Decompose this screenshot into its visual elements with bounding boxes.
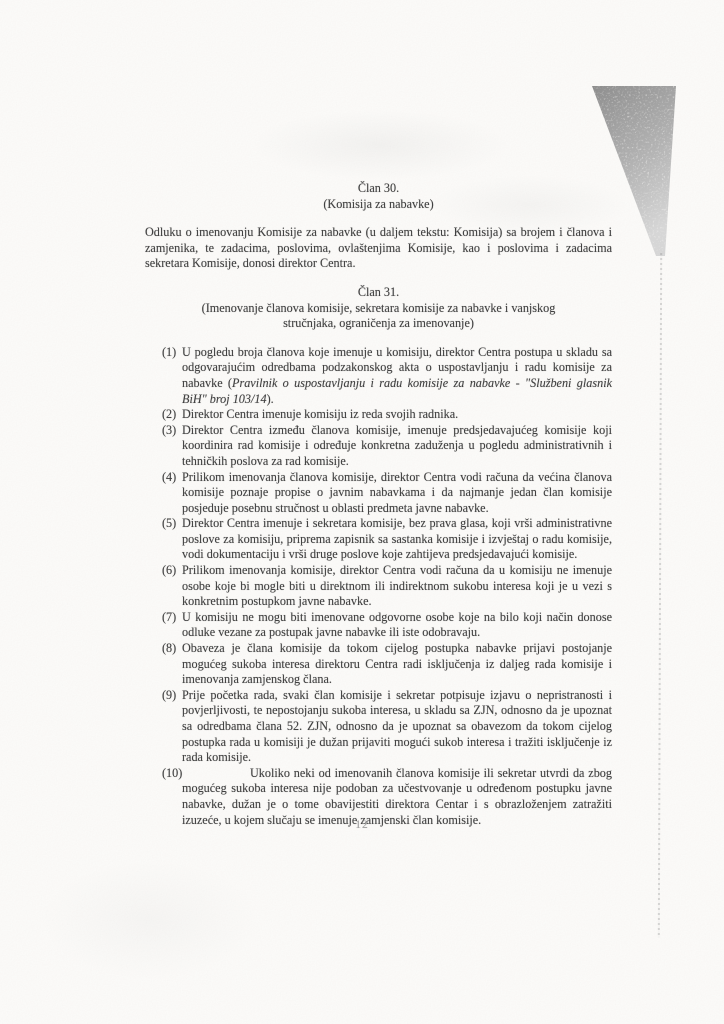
list-item: (5)Direktor Centra imenuje i sekretara k…	[165, 516, 612, 563]
item-marker: (8)	[162, 641, 176, 657]
item-text: U komisiju ne mogu biti imenovane odgovo…	[182, 610, 612, 640]
list-item: (4)Prilikom imenovanja članova komisije,…	[165, 470, 612, 517]
item-marker: (7)	[162, 610, 176, 626]
article-30-paragraph: Odluku o imenovanju Komisije za nabavke …	[145, 225, 612, 272]
item-marker: (1)	[162, 345, 176, 361]
list-item: (8)Obaveza je člana komisije da tokom ci…	[165, 641, 612, 688]
item-marker: (10)	[162, 766, 182, 782]
article-31-subtitle: (Imenovanje članova komisije, sekretara …	[145, 301, 612, 332]
item-text: Prije početka rada, svaki član komisije …	[182, 688, 612, 764]
document-page: Član 30. (Komisija za nabavke) Odluku o …	[145, 181, 612, 828]
scan-fold-line	[658, 253, 662, 938]
article-30-title: Član 30.	[145, 181, 612, 197]
list-item: (7)U komisiju ne mogu biti imenovane odg…	[165, 610, 612, 641]
item-marker: (9)	[162, 688, 176, 704]
item-text: Prilikom imenovanja komisije, direktor C…	[182, 563, 612, 608]
list-item: (6)Prilikom imenovanja komisije, direkto…	[165, 563, 612, 610]
article-31-title: Član 31.	[145, 285, 612, 301]
scan-smudge	[40, 860, 260, 980]
item-text: Prilikom imenovanja članova komisije, di…	[182, 470, 612, 515]
item-text: Direktor Centra imenuje i sekretara komi…	[182, 516, 612, 561]
item-text: Direktor Centra imenuje komisiju iz reda…	[182, 407, 458, 421]
item-marker: (6)	[162, 563, 176, 579]
item-text: Ukoliko neki od imenovanih članova komis…	[182, 766, 612, 827]
scan-smudge	[250, 110, 510, 180]
list-item: (2)Direktor Centra imenuje komisiju iz r…	[165, 407, 612, 423]
list-item: (9)Prije početka rada, svaki član komisi…	[165, 688, 612, 766]
item-marker: (3)	[162, 423, 176, 439]
item-marker: (2)	[162, 407, 176, 423]
article-31-subtitle-line2: stručnjaka, ograničenja za imenovanje)	[283, 316, 474, 330]
list-item: (1)U pogledu broja članova koje imenuje …	[165, 345, 612, 407]
item-marker: (5)	[162, 516, 176, 532]
item-text: U pogledu broja članova koje imenuje u k…	[182, 345, 612, 406]
page-number: 12	[0, 819, 724, 831]
list-item: (3)Direktor Centra između članova komisi…	[165, 423, 612, 470]
item-text: Obaveza je člana komisije da tokom cijel…	[182, 641, 612, 686]
item-text: Direktor Centra između članova komisije,…	[182, 423, 612, 468]
article-30-subtitle: (Komisija za nabavke)	[145, 197, 612, 213]
item-marker: (4)	[162, 470, 176, 486]
article-31-subtitle-line1: (Imenovanje članova komisije, sekretara …	[202, 301, 556, 315]
article-31-items: (1)U pogledu broja članova koje imenuje …	[165, 345, 612, 828]
